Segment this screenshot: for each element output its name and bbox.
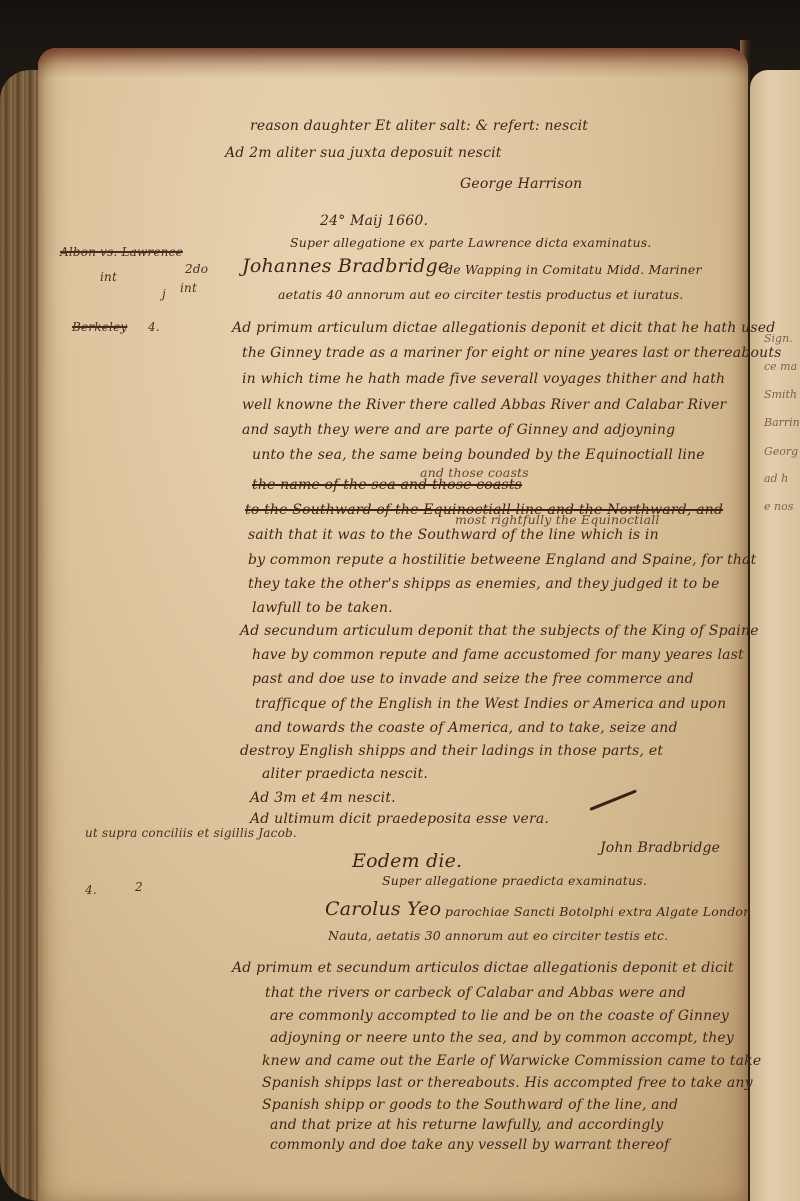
text-line: reason daughter Et aliter salt: & refert… (250, 118, 588, 134)
date-heading: 24° Maij 1660. (320, 213, 428, 229)
text-line: knew and came out the Earle of Warwicke … (262, 1053, 761, 1069)
text-line: Ad primum et secundum articulos dictae a… (232, 960, 734, 976)
text-line: are commonly accompted to lie and be on … (270, 1008, 729, 1024)
text-line: Ad 2m aliter sua juxta deposuit nescit (225, 145, 502, 161)
eodem-die-heading: Eodem die. (352, 850, 462, 872)
margin-note: int (100, 270, 117, 284)
margin-note: ut supra conciliis et sigillis Jacob. (85, 826, 297, 840)
adjacent-page-line: e nos (764, 500, 793, 513)
text-line: commonly and doe take any vessell by war… (270, 1137, 670, 1153)
text-line: destroy English shipps and their ladings… (240, 743, 663, 759)
text-line: they take the other's shipps as enemies,… (248, 576, 720, 592)
text-line: and towards the coaste of America, and t… (255, 720, 678, 736)
text-line: past and doe use to invade and seize the… (252, 671, 694, 687)
text-line: unto the sea, the same being bounded by … (252, 447, 705, 463)
text-line: in which time he hath made five severall… (242, 371, 725, 387)
adjacent-page-line: Smith (764, 388, 797, 401)
text-line: well knowne the River there called Abbas… (242, 397, 726, 413)
text-line: lawfull to be taken. (252, 600, 393, 616)
text-line: by common repute a hostilitie betweene E… (248, 552, 756, 568)
text-line: Ad primum articulum dictae allegationis … (232, 320, 775, 336)
text-line: Ad 3m et 4m nescit. (250, 790, 396, 806)
margin-note: int (180, 281, 197, 295)
margin-note-case-title: Albon vs. Lawrence (60, 245, 183, 259)
text-line: trafficque of the English in the West In… (255, 696, 726, 712)
margin-note: 2 (135, 880, 143, 894)
struck-text-line: the name of the sea and those coasts (252, 477, 522, 493)
text-line: that the rivers or carbeck of Calabar an… (265, 985, 686, 1001)
interlinear-insertion: most rightfully the Equinoctiall (455, 512, 660, 527)
text-line: saith that it was to the Southward of th… (248, 527, 659, 543)
margin-note: j (162, 287, 166, 301)
margin-note: 2do (185, 262, 208, 276)
witness-age: Nauta, aetatis 30 annorum aut eo circite… (328, 928, 668, 943)
margin-note: 4. (85, 883, 97, 897)
text-line: adjoyning or neere unto the sea, and by … (270, 1030, 734, 1046)
text-line: Spanish shipp or goods to the Southward … (262, 1097, 678, 1113)
text-line: aliter praedicta nescit. (262, 766, 428, 782)
text-line: have by common repute and fame accustome… (252, 647, 744, 663)
text-line: Ad secundum articulum deponit that the s… (240, 623, 759, 639)
text-line: and sayth they were and are parte of Gin… (242, 422, 675, 438)
text-line: Spanish shipps last or thereabouts. His … (262, 1075, 753, 1091)
adjacent-page-line: Georg (764, 445, 798, 458)
witness-name: Johannes Bradbridge (242, 255, 449, 277)
signature-john-bradbridge: John Bradbridge (600, 840, 720, 856)
examination-intro: Super allegatione ex parte Lawrence dict… (290, 235, 652, 250)
witness-name: Carolus Yeo (325, 898, 441, 920)
adjacent-page-line: Barrin (764, 416, 800, 429)
margin-note: Berkeley (72, 320, 127, 334)
witness-age: aetatis 40 annorum aut eo circiter testi… (278, 287, 683, 302)
signature-george-harrison: George Harrison (460, 176, 582, 192)
text-line: the Ginney trade as a mariner for eight … (242, 345, 782, 361)
witness-description: parochiae Sancti Botolphi extra Algate L… (445, 904, 751, 919)
examination-intro: Super allegatione praedicta examinatus. (382, 873, 647, 888)
text-line: and that prize at his returne lawfully, … (270, 1117, 663, 1133)
text-line: Ad ultimum dicit praedeposita esse vera. (250, 811, 549, 827)
adjacent-page-line: ad h (764, 472, 788, 485)
margin-note: 4. (148, 320, 160, 334)
adjacent-page-line: ce ma (764, 360, 797, 373)
witness-description: de Wapping in Comitatu Midd. Mariner (445, 262, 702, 277)
